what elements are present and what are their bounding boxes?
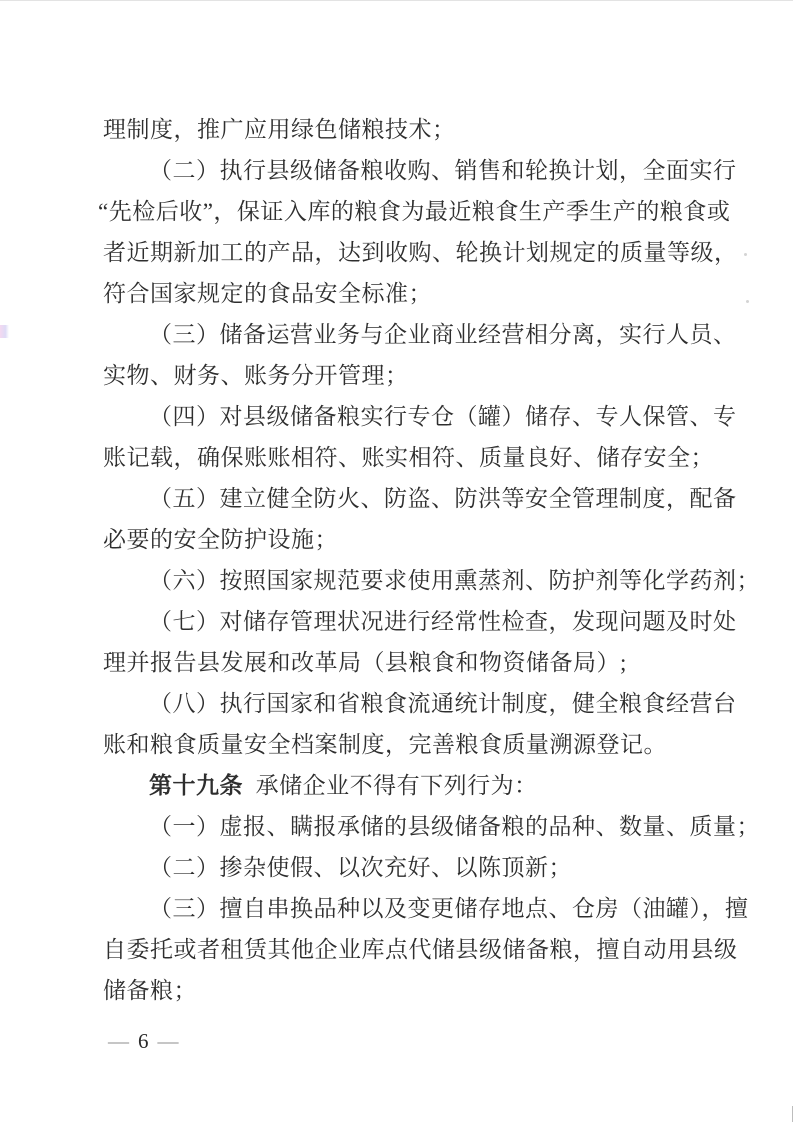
text-line: （五）建立健全防火、防盗、防洪等安全管理制度，配备: [103, 478, 721, 519]
text-line: （一）虚报、瞒报承储的县级储备粮的品种、数量、质量；: [103, 806, 721, 847]
page-number-left-dash: —: [108, 1029, 129, 1054]
page-number-right-dash: —: [158, 1029, 179, 1054]
text-line: （二）执行县级储备粮收购、销售和轮换计划，全面实行: [103, 150, 721, 191]
article-heading: 第十九条承储企业不得有下列行为：: [103, 765, 721, 806]
text-line: 必要的安全防护设施；: [103, 519, 721, 560]
document-body: 理制度，推广应用绿色储粮技术； （二）执行县级储备粮收购、销售和轮换计划，全面实…: [103, 109, 721, 1011]
text-line: 账记载，确保账账相符、账实相符、质量良好、储存安全；: [103, 437, 721, 478]
scan-speck: [744, 253, 747, 256]
page-number: — 6 —: [108, 1029, 179, 1054]
article-heading-text: 承储企业不得有下列行为：: [256, 773, 538, 798]
text-line: （八）执行国家和省粮食流通统计制度，健全粮食经营台: [103, 683, 721, 724]
text-line: （七）对储存管理状况进行经常性检查，发现问题及时处: [103, 601, 721, 642]
text-line: “先检后收”，保证入库的粮食为最近粮食生产季生产的粮食或: [98, 191, 721, 232]
article-number: 第十九条: [149, 773, 243, 798]
text-line: 理制度，推广应用绿色储粮技术；: [103, 109, 721, 150]
scan-edge-line: [0, 0, 793, 1]
text-line: 自委托或者租赁其他企业库点代储县级储备粮，擅自动用县级: [103, 929, 721, 970]
page-number-value: 6: [138, 1029, 149, 1054]
text-line: 储备粮；: [103, 970, 721, 1011]
text-line: （四）对县级储备粮实行专仓（罐）储存、专人保管、专: [103, 396, 721, 437]
document-page: 理制度，推广应用绿色储粮技术； （二）执行县级储备粮收购、销售和轮换计划，全面实…: [0, 0, 793, 1122]
text-line: （二）掺杂使假、以次充好、以陈顶新；: [103, 847, 721, 888]
scan-artifact-mark: [0, 325, 9, 338]
text-line: 实物、财务、账务分开管理；: [103, 355, 721, 396]
text-line: （三）擅自串换品种以及变更储存地点、仓房（油罐），擅: [103, 888, 721, 929]
text-line: （三）储备运营业务与企业商业经营相分离，实行人员、: [103, 314, 721, 355]
text-line: 账和粮食质量安全档案制度，完善粮食质量溯源登记。: [103, 724, 721, 765]
scan-speck: [746, 300, 749, 303]
text-line: （六）按照国家规范要求使用熏蒸剂、防护剂等化学药剂；: [103, 560, 721, 601]
text-line: 符合国家规定的食品安全标准；: [103, 273, 721, 314]
text-line: 者近期新加工的产品，达到收购、轮换计划规定的质量等级，: [103, 232, 721, 273]
text-line: 理并报告县发展和改革局（县粮食和物资储备局）;: [103, 642, 721, 683]
